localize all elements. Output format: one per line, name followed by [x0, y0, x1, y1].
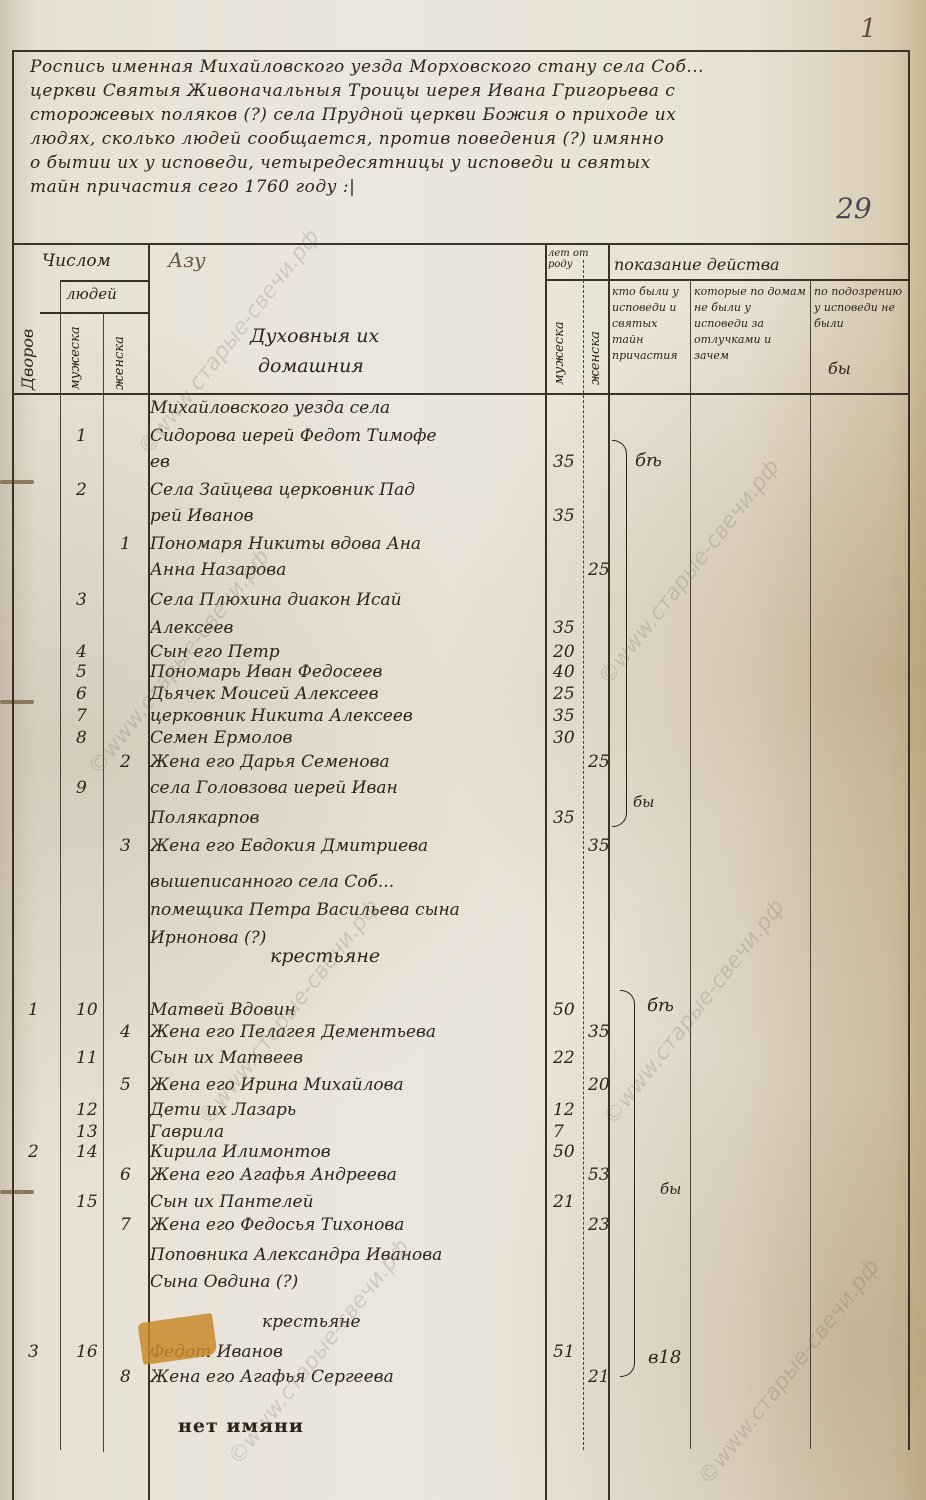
male-number: 16 — [76, 1342, 98, 1362]
age-female: 25 — [588, 560, 610, 580]
age-male: 22 — [553, 1048, 575, 1068]
male-number: 12 — [76, 1100, 98, 1120]
group-brace — [620, 990, 635, 1377]
entry-text: Жена его Пелагея Дементьева — [150, 1022, 550, 1042]
header-line: церкви Святыя Живоначальныя Троицы иерея… — [30, 79, 890, 103]
age-male: 25 — [553, 684, 575, 704]
entry-text: вышеписанного села Соб... — [150, 872, 550, 892]
entry-text: Сын их Матвеев — [150, 1048, 550, 1068]
entry-text: Сына Овдина (?) — [150, 1272, 550, 1292]
header-rule — [60, 280, 150, 282]
male-number: 15 — [76, 1192, 98, 1212]
entry-text: Кирила Илимонтов — [150, 1142, 550, 1162]
entry-text: Сын его Петр — [150, 642, 550, 662]
header-people: людей — [66, 286, 117, 303]
entry-text: Жена его Агафья Андреева — [150, 1165, 550, 1185]
entry-text: Дьячек Моисей Алексеев — [150, 684, 550, 704]
entry-text: Михайловского уезда села — [150, 398, 550, 418]
age-male: 35 — [553, 706, 575, 726]
header-age-female: женска — [588, 290, 603, 385]
male-number: 9 — [76, 778, 87, 798]
header-col-c: по подозрению у исповеди не были — [814, 284, 906, 332]
header-col-a: кто были у исповеди и святых тайн причас… — [612, 284, 688, 364]
entry-text: Жена его Федосья Тихонова — [150, 1215, 550, 1235]
entry-text: Пономаря Никиты вдова Ана — [150, 534, 550, 554]
top-rule — [12, 50, 910, 52]
header-age-male: мужеска — [552, 290, 567, 385]
entry-text: ев — [150, 452, 550, 472]
male-number: 11 — [76, 1048, 98, 1068]
age-female: 23 — [588, 1215, 610, 1235]
age-male: 35 — [553, 506, 575, 526]
household-number: 1 — [28, 1000, 39, 1020]
margin-line — [12, 50, 14, 1500]
female-number: 5 — [120, 1075, 131, 1095]
age-female: 35 — [588, 1022, 610, 1042]
entry-text: Жена его Дарья Семенова — [150, 752, 550, 772]
male-number: 13 — [76, 1122, 98, 1142]
header-male: мужеска — [68, 320, 83, 390]
header-line: сторожевых поляков (?) села Прудной церк… — [30, 103, 890, 127]
brace-label: бы — [633, 793, 654, 811]
header-line: о бытии их у исповеди, четыредесятницы у… — [30, 151, 890, 175]
section-title: домашния — [258, 355, 364, 377]
header-rule — [40, 312, 150, 314]
male-number: 7 — [76, 706, 87, 726]
header-rule — [545, 279, 908, 281]
entry-text: Полякарпов — [150, 808, 550, 828]
header-names: Азу — [168, 252, 206, 269]
age-female: 35 — [588, 836, 610, 856]
age-female: 25 — [588, 752, 610, 772]
header-female: женска — [112, 320, 127, 390]
male-number: 8 — [76, 728, 87, 748]
brace-label: бѣ — [647, 995, 674, 1016]
entry-text: Поповника Александра Иванова — [150, 1245, 550, 1265]
entry-text: церковник Никита Алексеев — [150, 706, 550, 726]
age-male: 12 — [553, 1100, 575, 1120]
brace-label: бы — [660, 1180, 681, 1198]
binding-stitch — [0, 700, 34, 704]
entry-text: Жена его Евдокия Дмитриева — [150, 836, 550, 856]
age-male: 21 — [553, 1192, 575, 1212]
col-c-mark: бы — [828, 360, 851, 377]
age-male: 50 — [553, 1142, 575, 1162]
binding-stitch — [0, 1190, 34, 1194]
manuscript-page: 1 Роспись именная Михайловского уезда Мо… — [0, 0, 926, 1500]
male-number: 5 — [76, 662, 87, 682]
entry-text: Пономарь Иван Федосеев — [150, 662, 550, 682]
female-number: 3 — [120, 836, 131, 856]
header-shown: показание действа — [614, 256, 780, 273]
entry-text: Жена его Агафья Сергеева — [150, 1367, 550, 1387]
column-line — [690, 279, 691, 1449]
age-male: 35 — [553, 808, 575, 828]
age-male: 35 — [553, 452, 575, 472]
male-number: 2 — [76, 480, 87, 500]
margin-line — [908, 50, 910, 1450]
female-number: 8 — [120, 1367, 131, 1387]
entry-text: Семен Ермолов — [150, 728, 550, 748]
column-line — [60, 280, 61, 1450]
household-number: 2 — [28, 1142, 39, 1162]
age-male: 51 — [553, 1342, 575, 1362]
header-households: Дворов — [18, 300, 37, 390]
brace-label: бѣ — [635, 450, 662, 471]
column-line — [608, 243, 610, 1500]
document-header: Роспись именная Михайловского уезда Морх… — [30, 55, 890, 199]
table-top-rule — [12, 243, 910, 245]
table-header-bottom-rule — [12, 393, 910, 395]
corner-page-number: 1 — [860, 14, 877, 44]
entry-text: Села Зайцева церковник Пад — [150, 480, 550, 500]
female-number: 1 — [120, 534, 131, 554]
folio-number: 29 — [836, 192, 872, 225]
brace-label: в18 — [648, 1347, 681, 1368]
female-number: 7 — [120, 1215, 131, 1235]
header-line: Роспись именная Михайловского уезда Морх… — [30, 55, 890, 79]
female-number: 4 — [120, 1022, 131, 1042]
binding-stitch — [0, 480, 34, 484]
column-line — [103, 312, 104, 1452]
entry-text: Матвей Вдовин — [150, 1000, 550, 1020]
female-number: 6 — [120, 1165, 131, 1185]
entry-text: Анна Назарова — [150, 560, 550, 580]
household-number: 3 — [28, 1342, 39, 1362]
column-line — [810, 279, 811, 1449]
age-male: 7 — [553, 1122, 564, 1142]
section-title: Духовныя их — [250, 325, 379, 347]
watermark: ©www.старые-свечи.рф — [694, 1255, 885, 1490]
age-male: 20 — [553, 642, 575, 662]
header-col-b: которые по домам не были у исповеди за о… — [694, 284, 808, 364]
age-female: 20 — [588, 1075, 610, 1095]
entry-text: Сидорова иерей Федот Тимофе — [150, 426, 550, 446]
age-male: 50 — [553, 1000, 575, 1020]
male-number: 4 — [76, 642, 87, 662]
male-number: 10 — [76, 1000, 98, 1020]
header-line: тайн причастия сего 1760 году :| — [30, 175, 890, 199]
header-age: лет от роду — [548, 248, 606, 270]
age-male: 30 — [553, 728, 575, 748]
age-male: 35 — [553, 618, 575, 638]
entry-text: рей Иванов — [150, 506, 550, 526]
header-count: Числом — [42, 253, 111, 270]
male-number: 14 — [76, 1142, 98, 1162]
column-line — [583, 260, 584, 1450]
male-number: 6 — [76, 684, 87, 704]
male-number: 1 — [76, 426, 87, 446]
entry-text: Сын их Пантелей — [150, 1192, 550, 1212]
age-female: 21 — [588, 1367, 610, 1387]
male-number: 3 — [76, 590, 87, 610]
entry-text: села Головзова иерей Иван — [150, 778, 550, 798]
header-line: людях, сколько людей сообщается, против … — [30, 127, 890, 151]
age-female: 53 — [588, 1165, 610, 1185]
age-male: 40 — [553, 662, 575, 682]
